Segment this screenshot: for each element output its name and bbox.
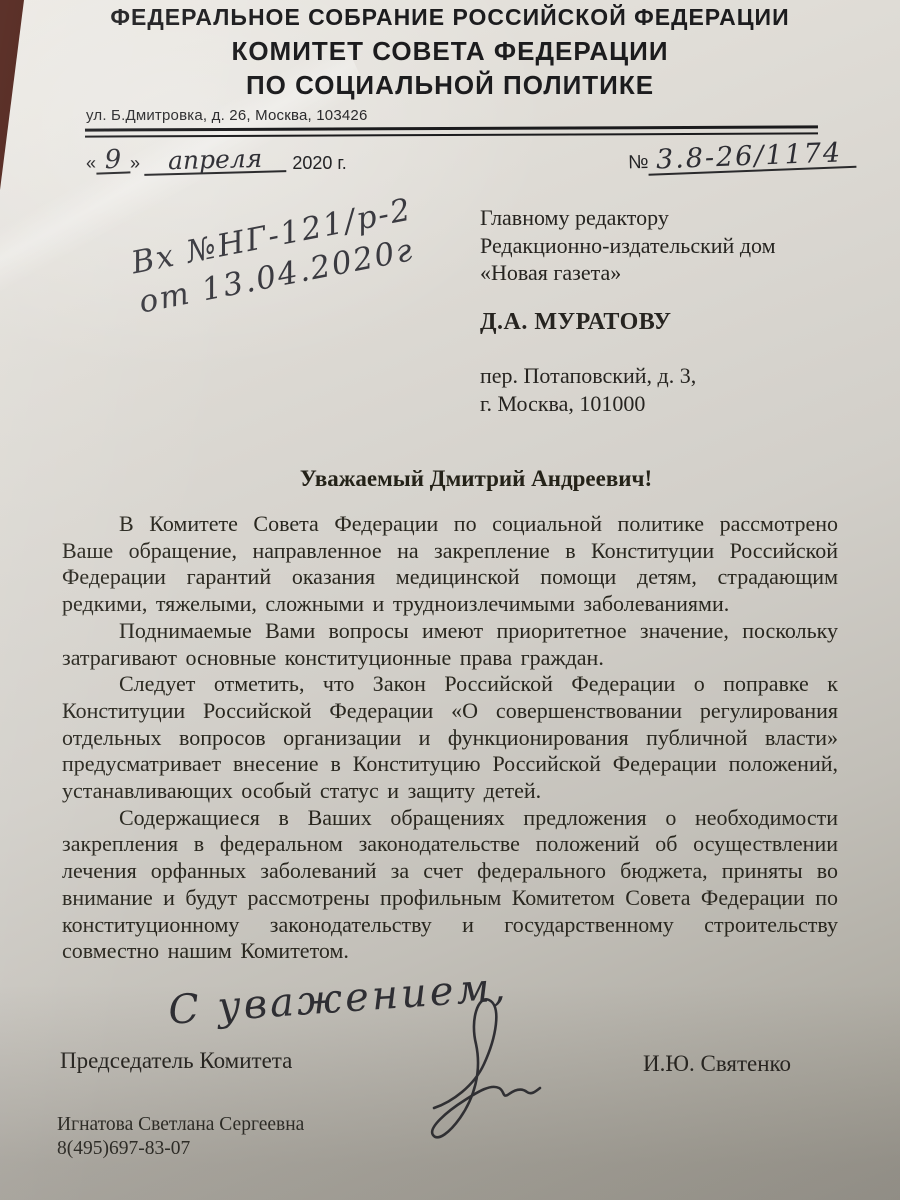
salutation: Уважаемый Дмитрий Андреевич! (26, 466, 900, 492)
letter-body: В Комитете Совета Федерации по социально… (62, 511, 838, 965)
recipient-address-line2: г. Москва, 101000 (480, 390, 776, 418)
recipient-line3: «Новая газета» (480, 259, 776, 287)
letterhead-org-line2: КОМИТЕТ СОВЕТА ФЕДЕРАЦИИ (0, 36, 900, 67)
number-label: № (628, 152, 649, 174)
recipient-name: Д.А. МУРАТОВУ (480, 309, 776, 337)
signer-position: Председатель Комитета (60, 1048, 292, 1074)
letterhead-org-line3: ПО СОЦИАЛЬНОЙ ПОЛИТИКЕ (0, 70, 900, 101)
body-paragraph: Поднимаемые Вами вопросы имеют приоритет… (62, 618, 838, 671)
body-paragraph: Следует отметить, что Закон Российской Ф… (62, 671, 838, 805)
recipient-line1: Главному редактору (480, 204, 776, 232)
body-paragraph: Содержащиеся в Ваших обращениях предложе… (62, 805, 838, 965)
body-paragraph: В Комитете Совета Федерации по социально… (62, 511, 838, 618)
executor-name: Игнатова Светлана Сергеевна (57, 1114, 304, 1136)
letterhead-address: ул. Б.Дмитровка, д. 26, Москва, 103426 (86, 107, 368, 124)
recipient-address-line1: пер. Потаповский, д. 3, (480, 362, 776, 390)
date-open-quote: « (86, 153, 96, 174)
recipient-line2: Редакционно-издательский дом (480, 232, 776, 260)
executor-phone: 8(495)697-83-07 (57, 1138, 190, 1160)
letter-document: ФЕДЕРАЛЬНОЕ СОБРАНИЕ РОССИЙСКОЙ ФЕДЕРАЦИ… (0, 0, 900, 1200)
document-number-line: № 3.8-26/1174 (628, 142, 857, 175)
letterhead-divider (85, 125, 818, 137)
number-value-handwritten: 3.8-26/1174 (648, 140, 857, 176)
letterhead-org-line1: ФЕДЕРАЛЬНОЕ СОБРАНИЕ РОССИЙСКОЙ ФЕДЕРАЦИ… (0, 4, 900, 31)
incoming-stamp-note: Вх №НГ-121/р-2 от 13.04.2020г (128, 190, 423, 323)
date-close-quote: » (130, 153, 140, 174)
signer-name: И.Ю. Святенко (643, 1051, 791, 1077)
date-year: 2020 г. (292, 153, 346, 174)
date-day-handwritten: 9 (96, 147, 131, 174)
date-line: « 9 » апреля 2020 г. (86, 148, 347, 174)
signature-handwriting (418, 992, 568, 1142)
recipient-block: Главному редактору Редакционно-издательс… (480, 204, 776, 417)
date-month-handwritten: апреля (144, 146, 287, 176)
